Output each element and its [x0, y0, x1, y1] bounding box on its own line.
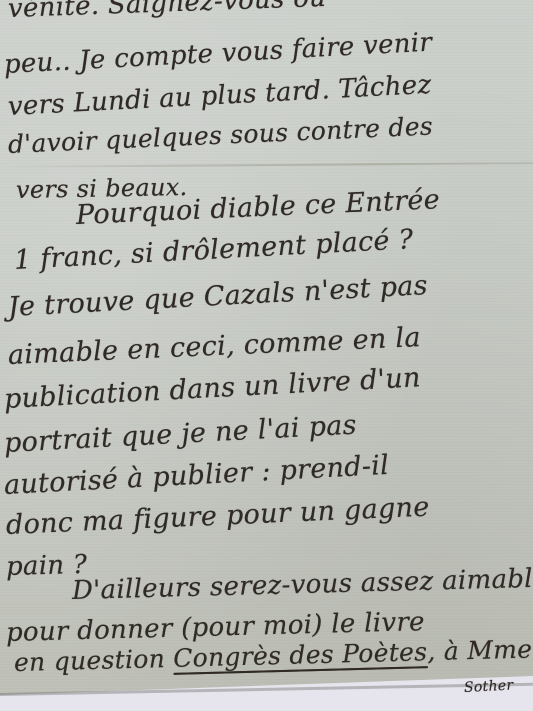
handwritten-line-18: Sother [464, 677, 514, 696]
letter-photograph: vénité. Saignez-vous ou peu.. Je compte … [0, 0, 533, 711]
